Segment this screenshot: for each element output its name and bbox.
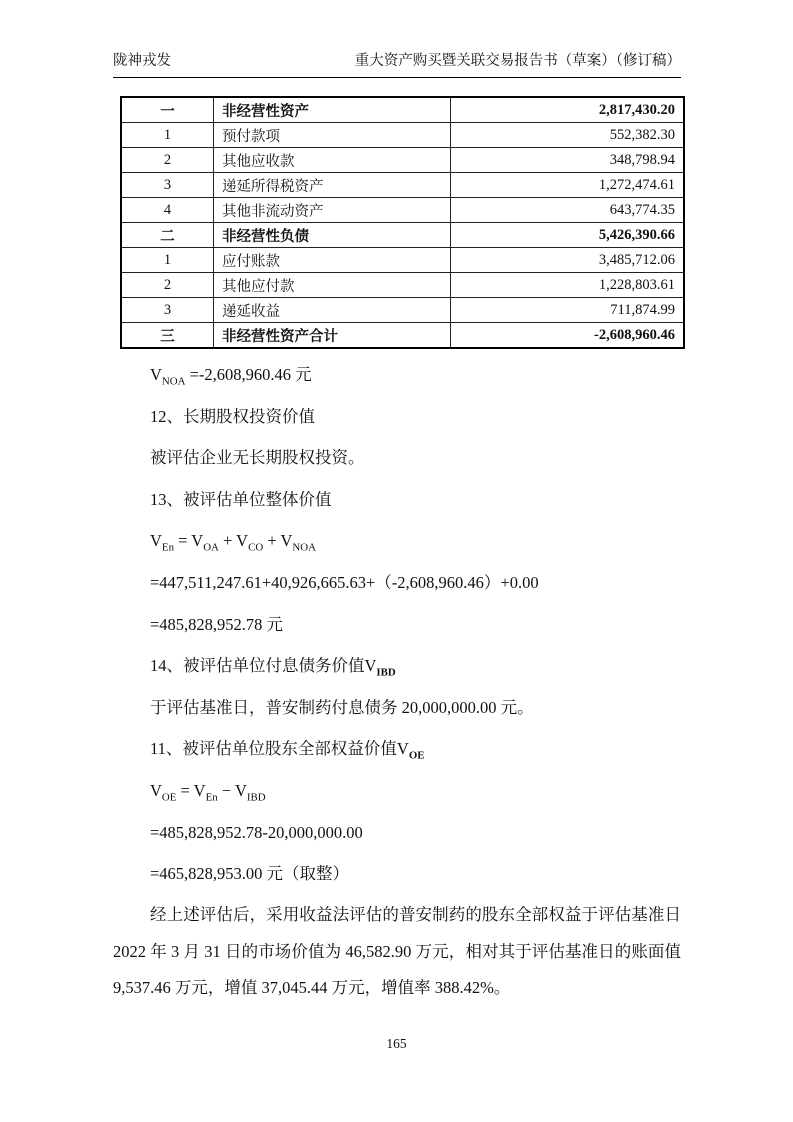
formula-subscript: OE bbox=[409, 750, 425, 762]
body-line: 14、被评估单位付息债务价值VIBD bbox=[113, 645, 681, 687]
page-header: 陇神戎发 重大资产购买暨关联交易报告书（草案）（修订稿） bbox=[113, 49, 681, 78]
text-segment: 于评估基准日，普安制药付息债务 20,000,000.00 元。 bbox=[150, 698, 534, 717]
non-operating-assets-table: 一非经营性资产2,817,430.201预付款项552,382.302其他应收款… bbox=[120, 96, 685, 349]
table-row: 4其他非流动资产643,774.35 bbox=[121, 198, 684, 223]
body-line: 被评估企业无长期股权投资。 bbox=[113, 437, 681, 479]
text-segment: V bbox=[150, 781, 162, 800]
closing-paragraph: 经上述评估后，采用收益法评估的普安制药的股东全部权益于评估基准日 2022 年 … bbox=[113, 897, 681, 1007]
text-segment: = V bbox=[174, 531, 203, 550]
text-segment: =485,828,952.78 元 bbox=[150, 615, 283, 634]
text-segment: =447,511,247.61+40,926,665.63+（-2,608,96… bbox=[150, 573, 539, 592]
page-number: 165 bbox=[386, 1036, 406, 1051]
formula-subscript: CO bbox=[248, 542, 263, 554]
text-segment: = V bbox=[176, 781, 205, 800]
table-row: 二非经营性负债5,426,390.66 bbox=[121, 223, 684, 248]
text-segment: V bbox=[150, 531, 162, 550]
table-cell-name: 应付账款 bbox=[214, 248, 451, 273]
table-row: 1应付账款3,485,712.06 bbox=[121, 248, 684, 273]
formula-subscript: NOA bbox=[292, 542, 316, 554]
table-cell-value: 348,798.94 bbox=[451, 148, 685, 173]
table-cell-num: 三 bbox=[121, 323, 214, 349]
table-cell-name: 递延所得税资产 bbox=[214, 173, 451, 198]
body-lines: VNOA =-2,608,960.46 元12、长期股权投资价值被评估企业无长期… bbox=[113, 354, 681, 895]
table-cell-name: 非经营性资产 bbox=[214, 97, 451, 123]
page-footer: 165 bbox=[0, 1036, 793, 1052]
formula-subscript: IBD bbox=[247, 791, 266, 803]
formula-subscript: OA bbox=[203, 542, 219, 554]
closing-line-2: 2022 年 3 月 31 日的市场价值为 46,582.90 万元，相对其于评… bbox=[113, 934, 681, 971]
table-cell-value: 711,874.99 bbox=[451, 298, 685, 323]
closing-line-3: 9,537.46 万元，增值 37,045.44 万元，增值率 388.42%。 bbox=[113, 970, 681, 1007]
table-row: 2其他应收款348,798.94 bbox=[121, 148, 684, 173]
formula-subscript: En bbox=[162, 542, 174, 554]
text-segment: 12、长期股权投资价值 bbox=[150, 407, 315, 426]
formula-subscript: OE bbox=[162, 791, 177, 803]
body-line: =447,511,247.61+40,926,665.63+（-2,608,96… bbox=[113, 562, 681, 604]
table-cell-value: 3,485,712.06 bbox=[451, 248, 685, 273]
text-segment: + V bbox=[263, 531, 292, 550]
table-cell-name: 非经营性资产合计 bbox=[214, 323, 451, 349]
body-line: 于评估基准日，普安制药付息债务 20,000,000.00 元。 bbox=[113, 687, 681, 729]
text-segment: =-2,608,960.46 元 bbox=[185, 365, 311, 384]
text-segment: =465,828,953.00 元（取整） bbox=[150, 864, 349, 883]
table-cell-name: 预付款项 bbox=[214, 123, 451, 148]
formula-subscript: NOA bbox=[162, 375, 186, 387]
formula-subscript: IBD bbox=[376, 666, 395, 678]
table-cell-num: 二 bbox=[121, 223, 214, 248]
closing-line-1: 经上述评估后，采用收益法评估的普安制药的股东全部权益于评估基准日 bbox=[113, 897, 681, 934]
table-cell-value: -2,608,960.46 bbox=[451, 323, 685, 349]
table-cell-num: 1 bbox=[121, 248, 214, 273]
table-cell-name: 递延收益 bbox=[214, 298, 451, 323]
table-cell-value: 1,272,474.61 bbox=[451, 173, 685, 198]
body-line: 12、长期股权投资价值 bbox=[113, 396, 681, 438]
body-line: VEn = VOA + VCO + VNOA bbox=[113, 520, 681, 562]
table-row: 1预付款项552,382.30 bbox=[121, 123, 684, 148]
table-row: 3递延收益711,874.99 bbox=[121, 298, 684, 323]
table-cell-num: 4 bbox=[121, 198, 214, 223]
body-line: =485,828,952.78 元 bbox=[113, 604, 681, 646]
table-cell-value: 5,426,390.66 bbox=[451, 223, 685, 248]
text-segment: 13、被评估单位整体价值 bbox=[150, 490, 332, 509]
table-cell-num: 1 bbox=[121, 123, 214, 148]
body-line: VNOA =-2,608,960.46 元 bbox=[113, 354, 681, 396]
text-segment: 14、被评估单位付息债务价值V bbox=[150, 656, 376, 675]
table-cell-value: 643,774.35 bbox=[451, 198, 685, 223]
table-cell-name: 非经营性负债 bbox=[214, 223, 451, 248]
text-segment: 11、被评估单位股东全部权益价值V bbox=[150, 739, 409, 758]
header-report-title: 重大资产购买暨关联交易报告书（草案）（修订稿） bbox=[355, 49, 681, 70]
table-cell-value: 1,228,803.61 bbox=[451, 273, 685, 298]
table-cell-name: 其他非流动资产 bbox=[214, 198, 451, 223]
formula-subscript: En bbox=[206, 791, 218, 803]
table-row: 三非经营性资产合计-2,608,960.46 bbox=[121, 323, 684, 349]
body-line: =465,828,953.00 元（取整） bbox=[113, 853, 681, 895]
table-cell-num: 一 bbox=[121, 97, 214, 123]
table-cell-num: 2 bbox=[121, 148, 214, 173]
text-segment: + V bbox=[219, 531, 248, 550]
table-cell-value: 552,382.30 bbox=[451, 123, 685, 148]
table-row: 一非经营性资产2,817,430.20 bbox=[121, 97, 684, 123]
table-row: 3递延所得税资产1,272,474.61 bbox=[121, 173, 684, 198]
document-page: 陇神戎发 重大资产购买暨关联交易报告书（草案）（修订稿） 一非经营性资产2,81… bbox=[0, 0, 793, 1122]
table-cell-name: 其他应收款 bbox=[214, 148, 451, 173]
header-company-name: 陇神戎发 bbox=[113, 49, 171, 70]
table-cell-value: 2,817,430.20 bbox=[451, 97, 685, 123]
table-row: 2其他应付款1,228,803.61 bbox=[121, 273, 684, 298]
body-line: VOE = VEn − VIBD bbox=[113, 770, 681, 812]
text-segment: 被评估企业无长期股权投资。 bbox=[150, 448, 365, 467]
body-line: 11、被评估单位股东全部权益价值VOE bbox=[113, 728, 681, 770]
table-cell-num: 2 bbox=[121, 273, 214, 298]
table-cell-name: 其他应付款 bbox=[214, 273, 451, 298]
non-operating-assets-table-body: 一非经营性资产2,817,430.201预付款项552,382.302其他应收款… bbox=[121, 97, 684, 348]
text-segment: − V bbox=[218, 781, 247, 800]
text-segment: =485,828,952.78-20,000,000.00 bbox=[150, 823, 363, 842]
text-segment: V bbox=[150, 365, 162, 384]
body-line: 13、被评估单位整体价值 bbox=[113, 479, 681, 521]
table-cell-num: 3 bbox=[121, 298, 214, 323]
table-cell-num: 3 bbox=[121, 173, 214, 198]
body-line: =485,828,952.78-20,000,000.00 bbox=[113, 812, 681, 854]
